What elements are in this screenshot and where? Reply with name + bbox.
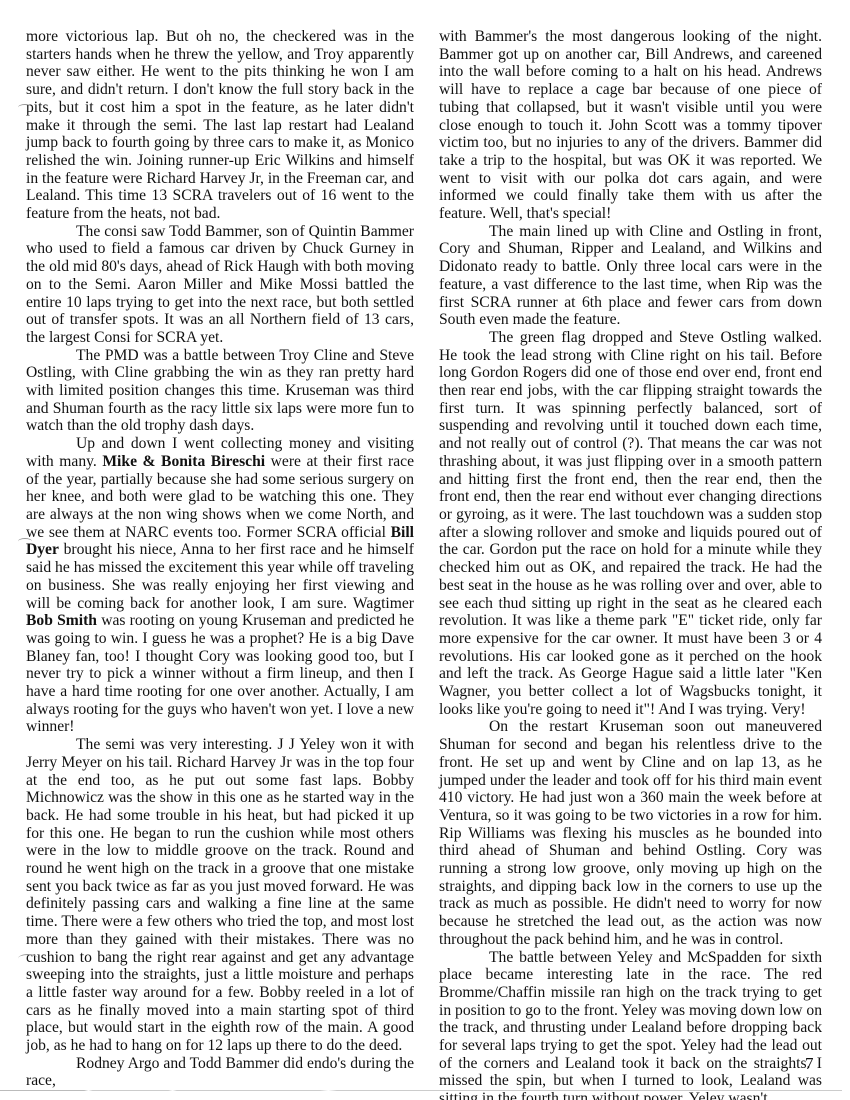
text-run: brought his niece, Anna to her first rac… <box>26 541 414 611</box>
page-number: 7 <box>805 1054 814 1074</box>
paragraph: Rodney Argo and Todd Bammer did endo's d… <box>26 1055 414 1090</box>
text-run: was rooting on young Kruseman and predic… <box>26 612 414 735</box>
right-column: with Bammer's the most dangerous looking… <box>439 28 822 1100</box>
paragraph: The consi saw Todd Bammer, son of Quinti… <box>26 223 414 347</box>
bold-name: Mike & Bonita Bireschi <box>102 453 265 470</box>
paragraph: with Bammer's the most dangerous looking… <box>439 28 822 223</box>
paragraph: Up and down I went collecting money and … <box>26 435 414 736</box>
scan-artifact <box>18 104 32 111</box>
left-column: more victorious lap. But oh no, the chec… <box>26 28 414 1090</box>
bottom-rule <box>0 1090 842 1091</box>
paragraph: On the restart Kruseman soon out maneuve… <box>439 718 822 948</box>
paragraph: more victorious lap. But oh no, the chec… <box>26 28 414 223</box>
paragraph: The main lined up with Cline and Ostling… <box>439 223 822 329</box>
bold-name: Bob Smith <box>26 612 97 629</box>
scan-artifact <box>18 954 38 963</box>
paragraph: The battle between Yeley and McSpadden f… <box>439 949 822 1100</box>
paragraph: The semi was very interesting. J J Yeley… <box>26 736 414 1055</box>
scan-artifact <box>18 538 32 545</box>
paragraph: The PMD was a battle between Troy Cline … <box>26 347 414 436</box>
document-page: more victorious lap. But oh no, the chec… <box>0 0 850 1100</box>
paragraph: The green flag dropped and Steve Ostling… <box>439 329 822 718</box>
